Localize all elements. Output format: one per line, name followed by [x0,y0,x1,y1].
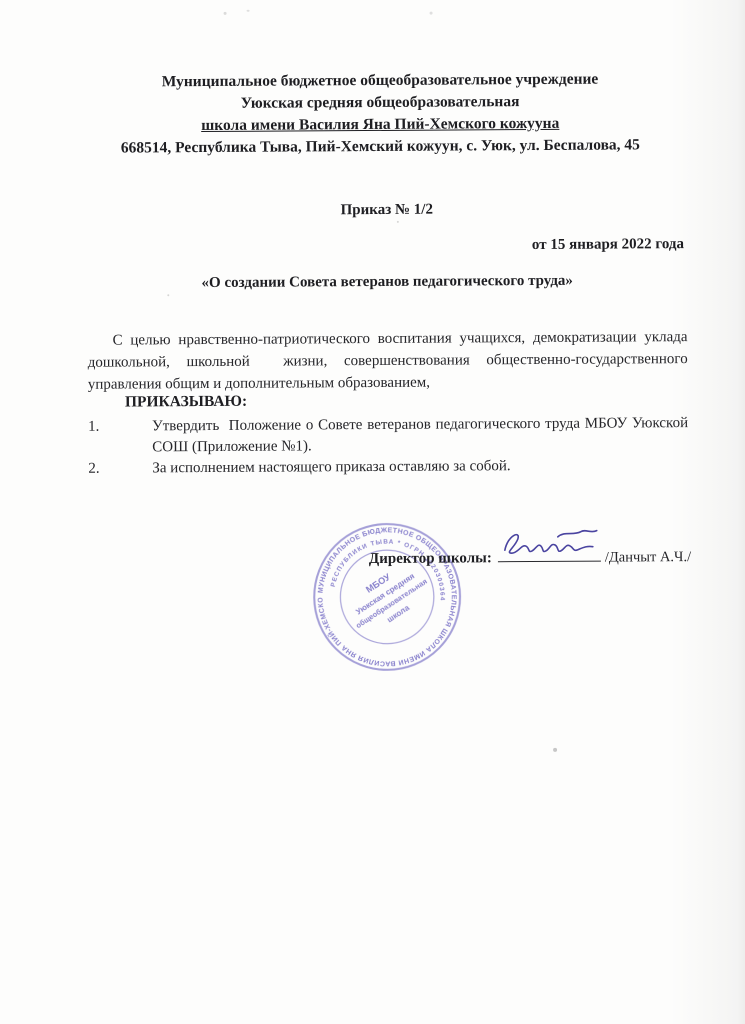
signature-label: Директор школы: [369,550,492,567]
order-item-1: 1. Утвердить Положение о Совете ветерано… [88,413,688,459]
letterhead: Муниципальное бюджетное общеобразователь… [70,68,691,160]
preamble-paragraph: С целью нравственно-патриотического восп… [88,326,688,396]
stamp-center-line-3: общеобразовательная [354,577,429,630]
page-content: Муниципальное бюджетное общеобразователь… [0,0,745,1024]
stamp-center-line-2: Уюкская средняя [354,571,416,616]
stamp-outer-circle [314,524,461,671]
scan-speck [397,221,399,223]
order-number: Приказ № 1/2 [87,200,687,221]
scan-speck [224,12,227,15]
svg-text:МУНИЦИПАЛЬНОЕ БЮДЖЕТНОЕ ОБЩЕОБ: МУНИЦИПАЛЬНОЕ БЮДЖЕТНОЕ ОБЩЕОБРАЗОВАТЕЛЬ… [310,519,458,667]
order-item-2: 2. За исполнением настоящего приказа ост… [88,455,688,480]
order-items: 1. Утвердить Положение о Совете ветерано… [88,413,688,480]
scan-speck [247,10,250,12]
letterhead-line-1: Муниципальное бюджетное общеобразователь… [70,68,690,94]
resolve-word: ПРИКАЗЫВАЮ: [125,393,247,412]
item-text: За исполнением настоящего приказа оставл… [152,455,688,479]
order-subject: «О создании Совета ветеранов педагогичес… [87,272,687,293]
item-number: 1. [88,417,114,438]
scan-speck [553,748,557,752]
scanned-page: Муниципальное бюджетное общеобразователь… [0,0,745,1024]
stamp-center-line-1: МБОУ [364,572,392,595]
school-stamp-seal: МУНИЦИПАЛЬНОЕ БЮДЖЕТНОЕ ОБЩЕОБРАЗОВАТЕЛЬ… [310,519,465,674]
stamp-center-line-4: школа [385,603,411,624]
letterhead-address: 668514, Республика Тыва, Пий-Хемский кож… [70,134,690,160]
signature-blank-line [498,547,601,563]
stamp-ring-outer-text: МУНИЦИПАЛЬНОЕ БЮДЖЕТНОЕ ОБЩЕОБРАЗОВАТЕЛЬ… [310,519,458,667]
order-date: от 15 января 2022 года [87,236,684,257]
signature-typed-name: /Данчыт А.Ч./ [605,549,691,566]
signature-row: Директор школы:/Данчыт А.Ч./ [369,546,691,568]
scan-speck [167,294,169,296]
item-text: Утвердить Положение о Совете ветеранов п… [152,413,688,458]
item-number: 2. [88,459,114,480]
scan-speck [430,12,433,15]
